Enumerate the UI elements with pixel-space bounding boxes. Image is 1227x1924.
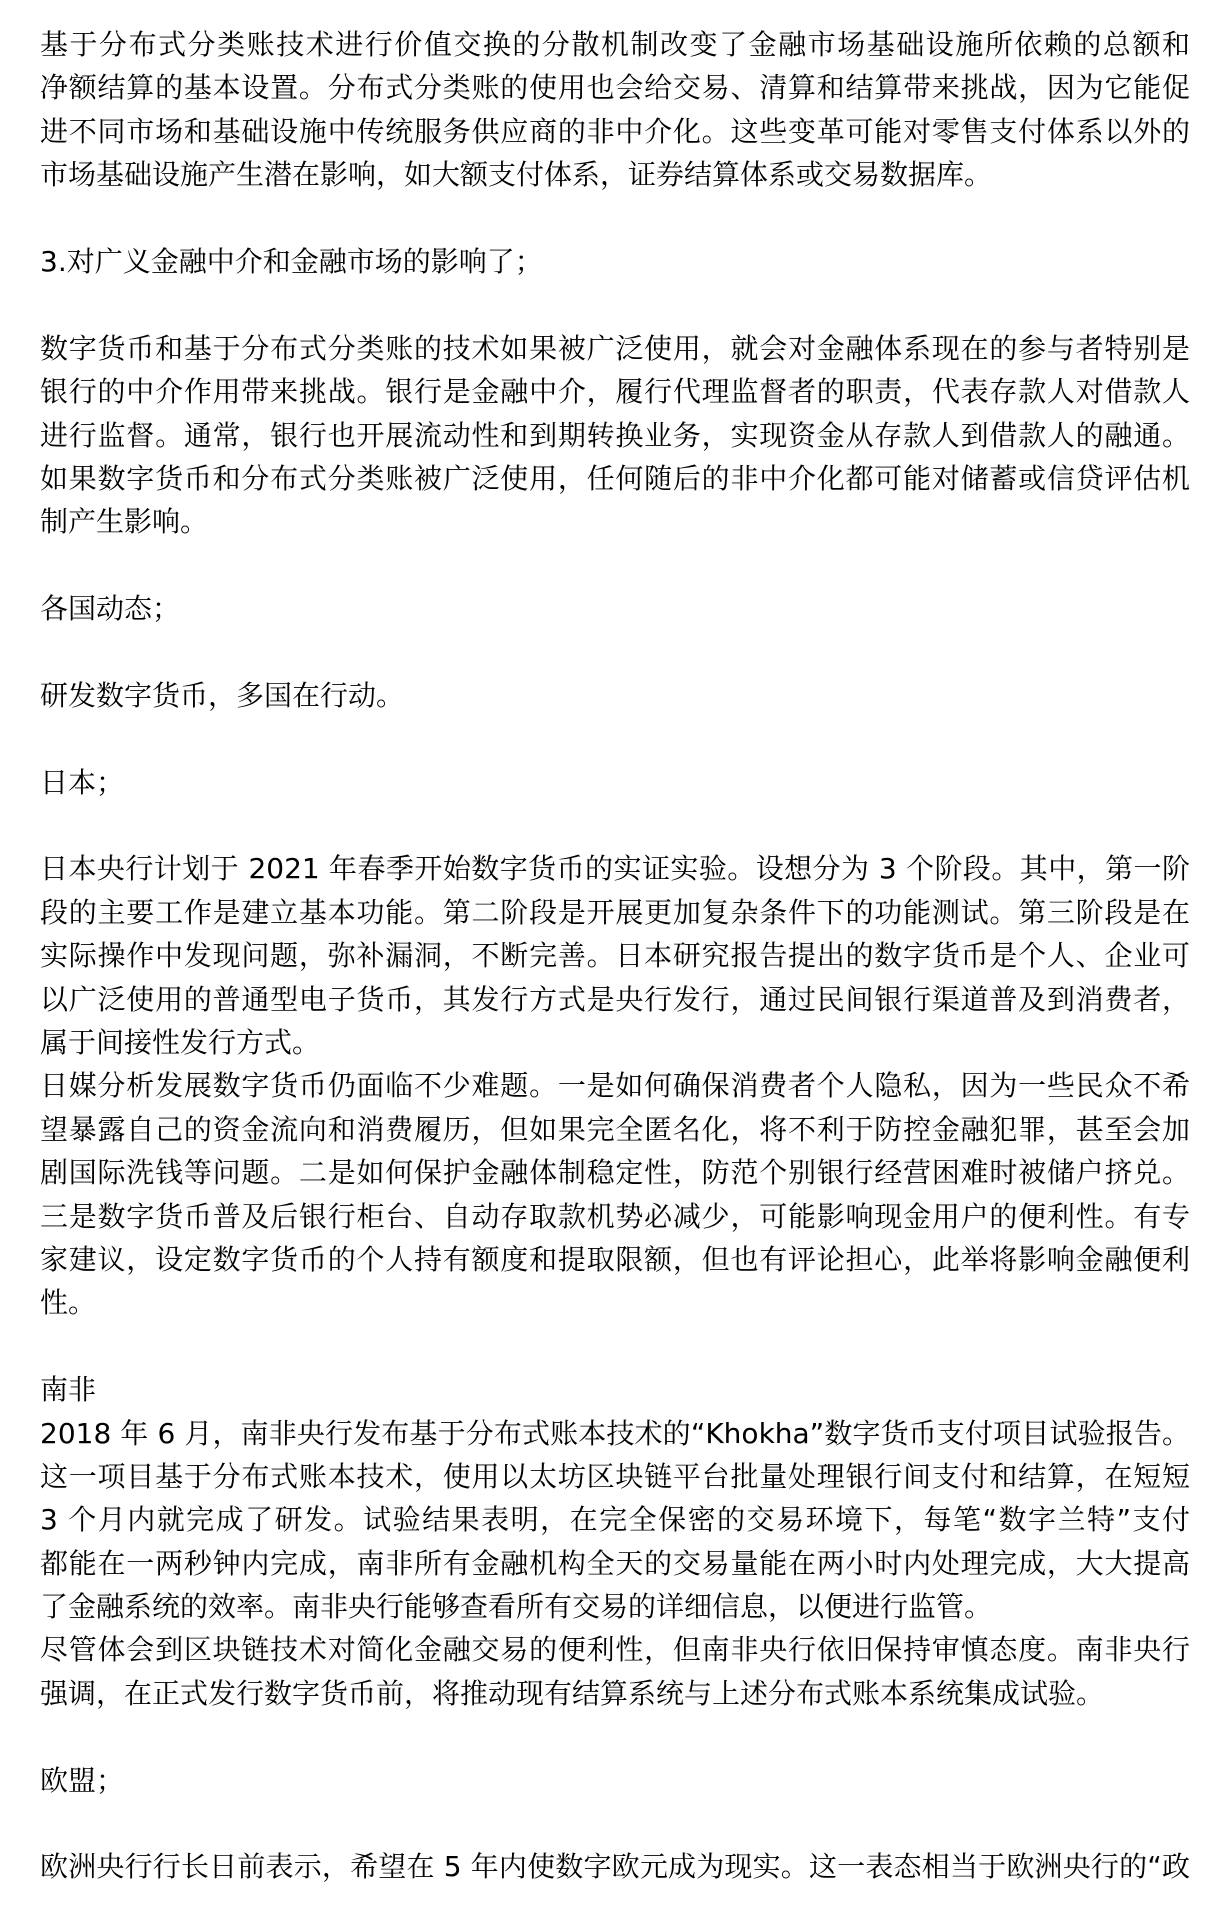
text-line: 以广泛使用的普通型电子货币，其发行方式是央行发行，通过民间银行渠道普及到消费者， (40, 978, 1190, 1021)
text-line: 净额结算的基本设置。分布式分类账的使用也会给交易、清算和结算带来挑战，因为它能促 (40, 66, 1190, 109)
text-line: 制产生影响。 (40, 500, 1190, 543)
text-line: 进不同市场和基础设施中传统服务供应商的非中介化。这些变革可能对零售支付体系以外的 (40, 110, 1190, 153)
text-line: 实际操作中发现问题，弥补漏洞，不断完善。日本研究报告提出的数字货币是个人、企业可 (40, 934, 1190, 977)
text-line: 属于间接性发行方式。 (40, 1021, 1190, 1064)
intro-line: 研发数字货币，多国在行动。 (40, 674, 1190, 717)
paragraph-spacer (40, 717, 1190, 760)
text-line: 尽管体会到区块链技术对简化金融交易的便利性，但南非央行依旧保持审慎态度。南非央行 (40, 1628, 1190, 1671)
text-line: 都能在一两秒钟内完成，南非所有金融机构全天的交易量能在两小时内处理完成，大大提高 (40, 1542, 1190, 1585)
text-line: 段的主要工作是建立基本功能。第二阶段是开展更加复杂条件下的功能测试。第三阶段是在 (40, 891, 1190, 934)
text-line: 强调，在正式发行数字货币前，将推动现有结算系统与上述分布式账本系统集成试验。 (40, 1672, 1190, 1715)
paragraph-spacer (40, 544, 1190, 587)
text-line: 进行监督。通常，银行也开展流动性和到期转换业务，实现资金从存款人到借款人的融通。 (40, 414, 1190, 457)
text-line: 望暴露自己的资金流向和消费履历，但如果完全匿名化，将不利于防控金融犯罪，甚至会加 (40, 1108, 1190, 1151)
paragraph-spacer (40, 630, 1190, 673)
paragraph-spacer (40, 1715, 1190, 1758)
section-heading-eu: 欧盟； (40, 1759, 1190, 1802)
section-heading-3: 3.对广义金融中介和金融市场的影响了； (40, 240, 1190, 283)
paragraph-ledger-settlement: 基于分布式分类账技术进行价值交换的分散机制改变了金融市场基础设施所依赖的总额和 … (40, 23, 1190, 197)
text-line: 这一项目基于分布式账本技术，使用以太坊区块链平台批量处理银行间支付和结算，在短短 (40, 1455, 1190, 1498)
paragraph-spacer (40, 1802, 1190, 1845)
paragraph-south-africa-2: 尽管体会到区块链技术对简化金融交易的便利性，但南非央行依旧保持审慎态度。南非央行… (40, 1628, 1190, 1715)
text-line: 数字货币和基于分布式分类账的技术如果被广泛使用，就会对金融体系现在的参与者特别是 (40, 327, 1190, 370)
paragraph-spacer (40, 197, 1190, 240)
text-line: 剧国际洗钱等问题。二是如何保护金融体制稳定性，防范个别银行经营困难时被储户挤兑。 (40, 1151, 1190, 1194)
text-line: 三是数字货币普及后银行柜台、自动存取款机势必减少，可能影响现金用户的便利性。有专 (40, 1195, 1190, 1238)
text-line: 了金融系统的效率。南非央行能够查看所有交易的详细信息，以便进行监管。 (40, 1585, 1190, 1628)
text-line: 性。 (40, 1281, 1190, 1324)
paragraph-spacer (40, 283, 1190, 326)
text-line: 基于分布式分类账技术进行价值交换的分散机制改变了金融市场基础设施所依赖的总额和 (40, 23, 1190, 66)
text-line: 如果数字货币和分布式分类账被广泛使用，任何随后的非中介化都可能对储蓄或信贷评估机 (40, 457, 1190, 500)
text-line: 银行的中介作用带来挑战。银行是金融中介，履行代理监督者的职责，代表存款人对借款人 (40, 370, 1190, 413)
paragraph-japan-media: 日媒分析发展数字货币仍面临不少难题。一是如何确保消费者个人隐私，因为一些民众不希… (40, 1064, 1190, 1324)
paragraph-spacer (40, 1325, 1190, 1368)
paragraph-japan: 日本央行计划于 2021 年春季开始数字货币的实证实验。设想分为 3 个阶段。其… (40, 847, 1190, 1064)
text-line: 3 个月内就完成了研发。试验结果表明，在完全保密的交易环境下，每笔“数字兰特”支… (40, 1498, 1190, 1541)
section-heading-japan: 日本； (40, 761, 1190, 804)
paragraph-spacer (40, 804, 1190, 847)
section-heading-south-africa: 南非 (40, 1368, 1190, 1411)
text-line: 欧洲央行行长日前表示，希望在 5 年内使数字欧元成为现实。这一表态相当于欧洲央行… (40, 1845, 1190, 1888)
document-page: 基于分布式分类账技术进行价值交换的分散机制改变了金融市场基础设施所依赖的总额和 … (40, 23, 1190, 1889)
text-line: 家建议，设定数字货币的个人持有额度和提取限额，但也有评论担心，此举将影响金融便利 (40, 1238, 1190, 1281)
section-heading-countries: 各国动态； (40, 587, 1190, 630)
paragraph-south-africa: 2018 年 6 月，南非央行发布基于分布式账本技术的“Khokha”数字货币支… (40, 1412, 1190, 1629)
paragraph-eu: 欧洲央行行长日前表示，希望在 5 年内使数字欧元成为现实。这一表态相当于欧洲央行… (40, 1845, 1190, 1888)
text-line: 日媒分析发展数字货币仍面临不少难题。一是如何确保消费者个人隐私，因为一些民众不希 (40, 1064, 1190, 1107)
text-line: 2018 年 6 月，南非央行发布基于分布式账本技术的“Khokha”数字货币支… (40, 1412, 1190, 1455)
text-line: 日本央行计划于 2021 年春季开始数字货币的实证实验。设想分为 3 个阶段。其… (40, 847, 1190, 890)
text-line: 市场基础设施产生潜在影响，如大额支付体系，证券结算体系或交易数据库。 (40, 153, 1190, 196)
paragraph-intermediation: 数字货币和基于分布式分类账的技术如果被广泛使用，就会对金融体系现在的参与者特别是… (40, 327, 1190, 544)
